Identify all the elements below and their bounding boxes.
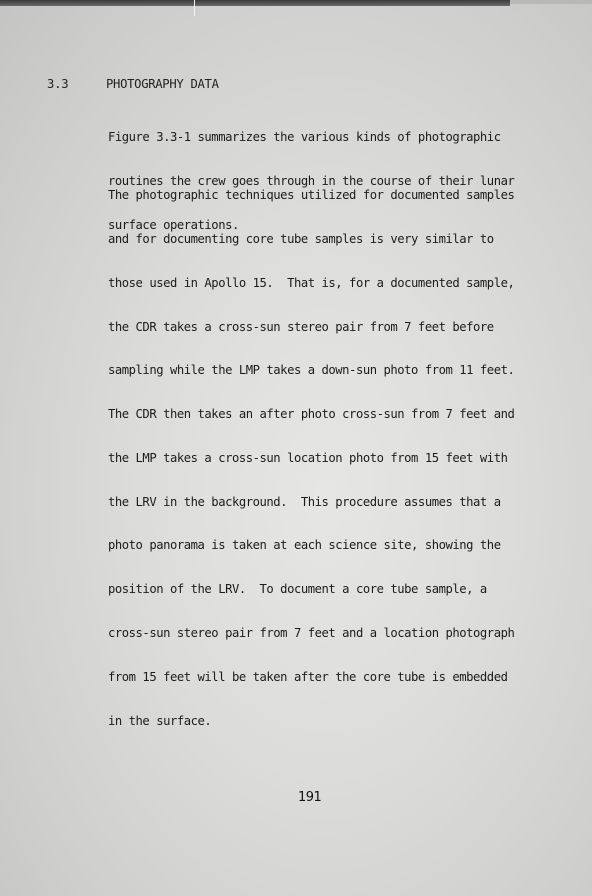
paragraph-line: and for documenting core tube samples is… — [108, 232, 558, 247]
paragraph-line: The CDR then takes an after photo cross-… — [108, 407, 558, 422]
section-title: PHOTOGRAPHY DATA — [106, 77, 219, 91]
document-page: 3.3 PHOTOGRAPHY DATA Figure 3.3-1 summar… — [0, 0, 592, 896]
paragraph-line: photo panorama is taken at each science … — [108, 538, 558, 553]
page-number: 191 — [298, 790, 321, 805]
paragraph-line: The photographic techniques utilized for… — [108, 188, 558, 203]
paragraph-line: the LMP takes a cross-sun location photo… — [108, 451, 558, 466]
paragraph-line: from 15 feet will be taken after the cor… — [108, 670, 558, 685]
paragraph-line: Figure 3.3-1 summarizes the various kind… — [108, 130, 558, 145]
paragraph-line: the LRV in the background. This procedur… — [108, 495, 558, 510]
paragraph-line: sampling while the LMP takes a down-sun … — [108, 363, 558, 378]
paragraph-line: those used in Apollo 15. That is, for a … — [108, 276, 558, 291]
paragraph-line: in the surface. — [108, 714, 558, 729]
section-number: 3.3 — [47, 77, 68, 91]
paragraph-line: position of the LRV. To document a core … — [108, 582, 558, 597]
paragraph-line: the CDR takes a cross-sun stereo pair fr… — [108, 320, 558, 335]
paragraph-photographic-techniques: The photographic techniques utilized for… — [108, 159, 558, 757]
paragraph-line: cross-sun stereo pair from 7 feet and a … — [108, 626, 558, 641]
